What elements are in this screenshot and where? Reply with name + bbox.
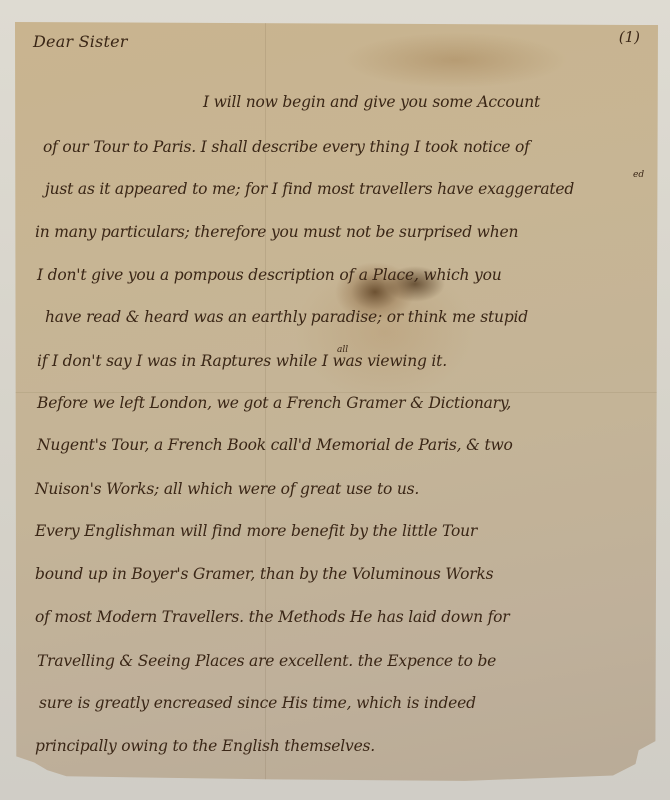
- letter-line-4: in many particulars; therefore you must …: [35, 223, 518, 241]
- letter-line-7: if I don't say I was in Raptures while I…: [37, 352, 447, 370]
- letter-line-12: bound up in Boyer's Gramer, than by the …: [35, 565, 493, 583]
- letter-line-14: Travelling & Seeing Places are excellent…: [37, 652, 496, 670]
- letter-line-5: I don't give you a pompous description o…: [37, 266, 502, 284]
- letter-line-16: principally owing to the English themsel…: [35, 737, 375, 755]
- letter-line-2: of our Tour to Paris. I shall describe e…: [43, 138, 530, 156]
- letter-line-13: of most Modern Travellers. the Methods H…: [35, 608, 510, 626]
- interlineation-2: all: [337, 345, 348, 355]
- letter-line-1: I will now begin and give you some Accou…: [203, 93, 540, 111]
- letter-line-8: Before we left London, we got a French G…: [37, 394, 511, 412]
- salutation: Dear Sister: [33, 32, 128, 51]
- letter-line-15: sure is greatly encreased since His time…: [39, 694, 476, 712]
- handwritten-letter: Dear Sister (1) I will now begin and giv…: [15, 22, 658, 787]
- letter-line-3: just as it appeared to me; for I find mo…: [45, 180, 574, 198]
- letter-line-6: have read & heard was an earthly paradis…: [45, 308, 528, 326]
- letter-line-11: Every Englishman will find more benefit …: [35, 522, 477, 540]
- page-number: (1): [619, 28, 640, 46]
- interlineation-1: ed: [633, 170, 644, 180]
- letter-line-9: Nugent's Tour, a French Book call'd Memo…: [37, 436, 513, 454]
- letter-line-10: Nuison's Works; all which were of great …: [35, 480, 419, 498]
